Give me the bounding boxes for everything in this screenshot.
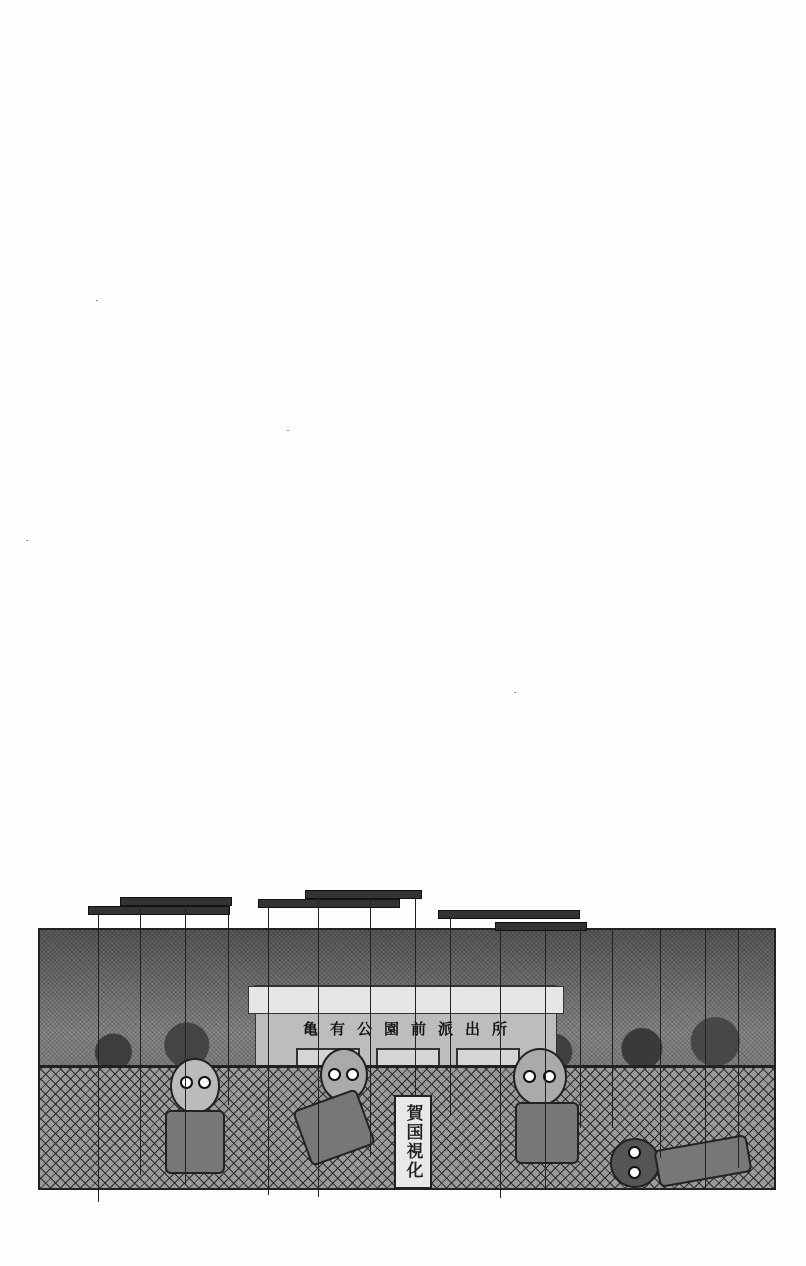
eye	[180, 1076, 193, 1089]
paper-speck	[26, 540, 28, 541]
puppet-boy-cap	[280, 1048, 400, 1190]
puppet-head	[170, 1058, 220, 1114]
puppet-control-bar	[495, 922, 587, 931]
puppet-string	[705, 928, 706, 1188]
puppet-string	[98, 912, 99, 1202]
puppet-control-bar	[258, 899, 400, 908]
puppet-string	[228, 905, 229, 1105]
eye	[198, 1076, 211, 1089]
puppet-string	[185, 905, 186, 1185]
puppet-body	[515, 1102, 579, 1164]
eye	[523, 1070, 536, 1083]
puppet-string	[268, 905, 269, 1195]
eye	[628, 1146, 641, 1159]
puppet-string	[738, 928, 739, 1168]
puppet-string	[415, 897, 416, 1097]
puppet-string	[580, 928, 581, 1128]
police-box-sign: 亀有公園前派出所	[286, 1018, 536, 1040]
puppet-string	[318, 897, 319, 1197]
puppet-string	[450, 916, 451, 1116]
puppet-control-bar	[438, 910, 580, 919]
puppet-control-bar	[305, 890, 422, 899]
manga-panel: 亀有公園前派出所 賀国視化	[38, 928, 776, 1190]
puppet-string	[500, 928, 501, 1198]
puppet-head	[610, 1138, 660, 1188]
puppet-body	[165, 1110, 225, 1174]
paper-speck	[514, 692, 516, 693]
paper-speck	[287, 430, 289, 431]
eye	[628, 1166, 641, 1179]
puppet-string	[545, 928, 546, 1188]
puppet-body	[292, 1088, 376, 1167]
puppet-control-bar	[120, 897, 232, 906]
puppet-string	[660, 928, 661, 1158]
paper-speck	[96, 300, 98, 301]
eye	[328, 1068, 341, 1081]
puppet-string	[140, 905, 141, 1175]
puppet-control-bar	[88, 906, 230, 915]
puppet-string	[370, 897, 371, 1157]
puppet-fallen	[600, 1128, 770, 1190]
police-box-roof	[248, 986, 564, 1014]
eye	[346, 1068, 359, 1081]
puppet-string	[612, 928, 613, 1128]
puppet-head	[513, 1048, 567, 1106]
